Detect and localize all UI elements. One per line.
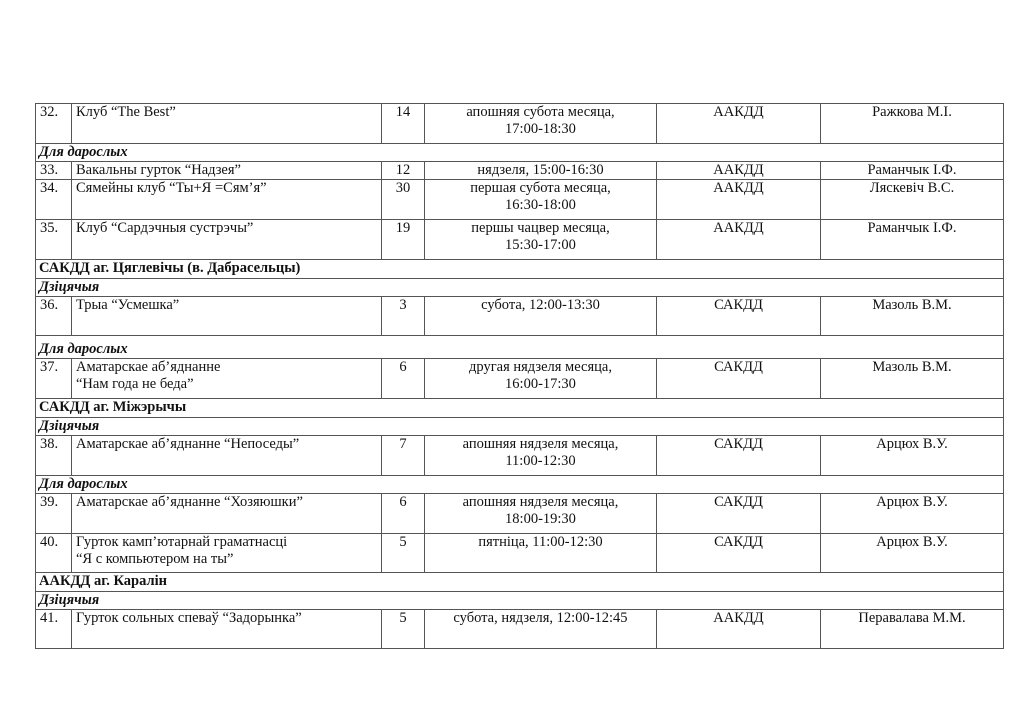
cell-line: “Нам года не беда” [76, 376, 377, 393]
participant-count: 12 [382, 162, 425, 180]
cell-line: Аматарскае аб’яднанне [76, 359, 377, 376]
section-header-row: ААКДД аг. Каралін [36, 573, 1004, 592]
row-number: 32. [36, 104, 72, 144]
cell-line: 18:00-19:30 [429, 511, 652, 528]
institution: САКДД [657, 359, 821, 399]
leader-name: Раманчык І.Ф. [821, 162, 1004, 180]
cell-line: 16:00-17:30 [429, 376, 652, 393]
leader-name: Арцюх В.У. [821, 534, 1004, 573]
table-row: 38.Аматарскае аб’яднанне “Непоседы”7апош… [36, 436, 1004, 476]
table-row: 32.Клуб “The Best”14апошняя субота месяц… [36, 104, 1004, 144]
participant-count: 5 [382, 610, 425, 649]
participant-count: 6 [382, 359, 425, 399]
cell-line: 16:30-18:00 [429, 197, 652, 214]
leader-name: Ражкова М.І. [821, 104, 1004, 144]
institution: САКДД [657, 494, 821, 534]
leader-name: Мазоль В.М. [821, 359, 1004, 399]
institution: САКДД [657, 534, 821, 573]
schedule-table: 32.Клуб “The Best”14апошняя субота месяц… [35, 103, 1004, 649]
participant-count: 6 [382, 494, 425, 534]
table-row: 36.Трыа “Усмешка”3субота, 12:00-13:30САК… [36, 297, 1004, 336]
schedule-body: 32.Клуб “The Best”14апошняя субота месяц… [36, 104, 1004, 649]
table-row: 40.Гурток камп’ютарнай граматнасці“Я с к… [36, 534, 1004, 573]
cell-line: субота, нядзеля, 12:00-12:45 [429, 610, 652, 627]
row-number: 36. [36, 297, 72, 336]
cell-line: Клуб “The Best” [76, 104, 377, 121]
cell-line: апошняя нядзеля месяца, [429, 436, 652, 453]
participant-count: 3 [382, 297, 425, 336]
leader-name: Мазоль В.М. [821, 297, 1004, 336]
cell-line: нядзеля, 15:00-16:30 [429, 162, 652, 179]
section-title: ААКДД аг. Каралін [36, 573, 1004, 592]
participant-count: 14 [382, 104, 425, 144]
cell-line: Сямейны клуб “Ты+Я =Сям’я” [76, 180, 377, 197]
participant-count: 19 [382, 220, 425, 260]
subsection-title: Для дарослых [36, 336, 1004, 359]
subsection-header-row: Дзіцячыя [36, 279, 1004, 297]
row-number: 34. [36, 180, 72, 220]
schedule-time: субота, 12:00-13:30 [425, 297, 657, 336]
table-row: 39.Аматарскае аб’яднанне “Хозяюшки”6апош… [36, 494, 1004, 534]
activity-name: Аматарскае аб’яднанне“Нам года не беда” [72, 359, 382, 399]
activity-name: Гурток сольных спеваў “Задорынка” [72, 610, 382, 649]
subsection-title: Дзіцячыя [36, 279, 1004, 297]
leader-name: Арцюх В.У. [821, 436, 1004, 476]
row-number: 41. [36, 610, 72, 649]
subsection-header-row: Дзіцячыя [36, 592, 1004, 610]
cell-line: субота, 12:00-13:30 [429, 297, 652, 314]
activity-name: Гурток камп’ютарнай граматнасці“Я с комп… [72, 534, 382, 573]
cell-line: 11:00-12:30 [429, 453, 652, 470]
schedule-time: апошняя нядзеля месяца,11:00-12:30 [425, 436, 657, 476]
subsection-header-row: Для дарослых [36, 476, 1004, 494]
schedule-time: нядзеля, 15:00-16:30 [425, 162, 657, 180]
activity-name: Трыа “Усмешка” [72, 297, 382, 336]
cell-line: апошняя субота месяца, [429, 104, 652, 121]
participant-count: 5 [382, 534, 425, 573]
table-row: 33.Вакальны гурток “Надзея”12нядзеля, 15… [36, 162, 1004, 180]
cell-line: другая нядзеля месяца, [429, 359, 652, 376]
row-number: 40. [36, 534, 72, 573]
table-row: 37.Аматарскае аб’яднанне“Нам года не бед… [36, 359, 1004, 399]
activity-name: Вакальны гурток “Надзея” [72, 162, 382, 180]
cell-line: Трыа “Усмешка” [76, 297, 377, 314]
schedule-time: першая субота месяца,16:30-18:00 [425, 180, 657, 220]
activity-name: Сямейны клуб “Ты+Я =Сям’я” [72, 180, 382, 220]
leader-name: Арцюх В.У. [821, 494, 1004, 534]
table-row: 41.Гурток сольных спеваў “Задорынка”5суб… [36, 610, 1004, 649]
section-title: САКДД аг. Цяглевічы (в. Дабрасельцы) [36, 260, 1004, 279]
row-number: 35. [36, 220, 72, 260]
leader-name: Раманчык І.Ф. [821, 220, 1004, 260]
cell-line: 15:30-17:00 [429, 237, 652, 254]
institution: ААКДД [657, 220, 821, 260]
cell-line: Гурток сольных спеваў “Задорынка” [76, 610, 377, 627]
cell-line: першая субота месяца, [429, 180, 652, 197]
subsection-header-row: Дзіцячыя [36, 418, 1004, 436]
activity-name: Клуб “The Best” [72, 104, 382, 144]
row-number: 38. [36, 436, 72, 476]
row-number: 33. [36, 162, 72, 180]
activity-name: Аматарскае аб’яднанне “Хозяюшки” [72, 494, 382, 534]
leader-name: Ляскевіч В.С. [821, 180, 1004, 220]
institution: САКДД [657, 297, 821, 336]
participant-count: 30 [382, 180, 425, 220]
cell-line: першы чацвер месяца, [429, 220, 652, 237]
schedule-time: апошняя субота месяца,17:00-18:30 [425, 104, 657, 144]
cell-line: Гурток камп’ютарнай граматнасці [76, 534, 377, 551]
schedule-time: апошняя нядзеля месяца,18:00-19:30 [425, 494, 657, 534]
participant-count: 7 [382, 436, 425, 476]
schedule-time: першы чацвер месяца,15:30-17:00 [425, 220, 657, 260]
subsection-title: Дзіцячыя [36, 418, 1004, 436]
subsection-header-row: Для дарослых [36, 144, 1004, 162]
subsection-header-row: Для дарослых [36, 336, 1004, 359]
subsection-title: Для дарослых [36, 144, 1004, 162]
cell-line: 17:00-18:30 [429, 121, 652, 138]
activity-name: Аматарскае аб’яднанне “Непоседы” [72, 436, 382, 476]
schedule-time: другая нядзеля месяца,16:00-17:30 [425, 359, 657, 399]
activity-name: Клуб “Сардэчныя сустрэчы” [72, 220, 382, 260]
institution: ААКДД [657, 610, 821, 649]
row-number: 39. [36, 494, 72, 534]
subsection-title: Дзіцячыя [36, 592, 1004, 610]
cell-line: пятніца, 11:00-12:30 [429, 534, 652, 551]
schedule-time: пятніца, 11:00-12:30 [425, 534, 657, 573]
cell-line: Аматарскае аб’яднанне “Непоседы” [76, 436, 377, 453]
leader-name: Перавалава М.М. [821, 610, 1004, 649]
institution: ААКДД [657, 180, 821, 220]
table-row: 34.Сямейны клуб “Ты+Я =Сям’я”30першая су… [36, 180, 1004, 220]
institution: САКДД [657, 436, 821, 476]
cell-line: Вакальны гурток “Надзея” [76, 162, 377, 179]
institution: ААКДД [657, 162, 821, 180]
section-header-row: САКДД аг. Цяглевічы (в. Дабрасельцы) [36, 260, 1004, 279]
subsection-title: Для дарослых [36, 476, 1004, 494]
section-title: САКДД аг. Міжэрычы [36, 399, 1004, 418]
cell-line: Аматарскае аб’яднанне “Хозяюшки” [76, 494, 377, 511]
cell-line: апошняя нядзеля месяца, [429, 494, 652, 511]
table-row: 35.Клуб “Сардэчныя сустрэчы”19першы чацв… [36, 220, 1004, 260]
section-header-row: САКДД аг. Міжэрычы [36, 399, 1004, 418]
cell-line: Клуб “Сардэчныя сустрэчы” [76, 220, 377, 237]
schedule-time: субота, нядзеля, 12:00-12:45 [425, 610, 657, 649]
institution: ААКДД [657, 104, 821, 144]
row-number: 37. [36, 359, 72, 399]
cell-line: “Я с компьютером на ты” [76, 551, 377, 568]
